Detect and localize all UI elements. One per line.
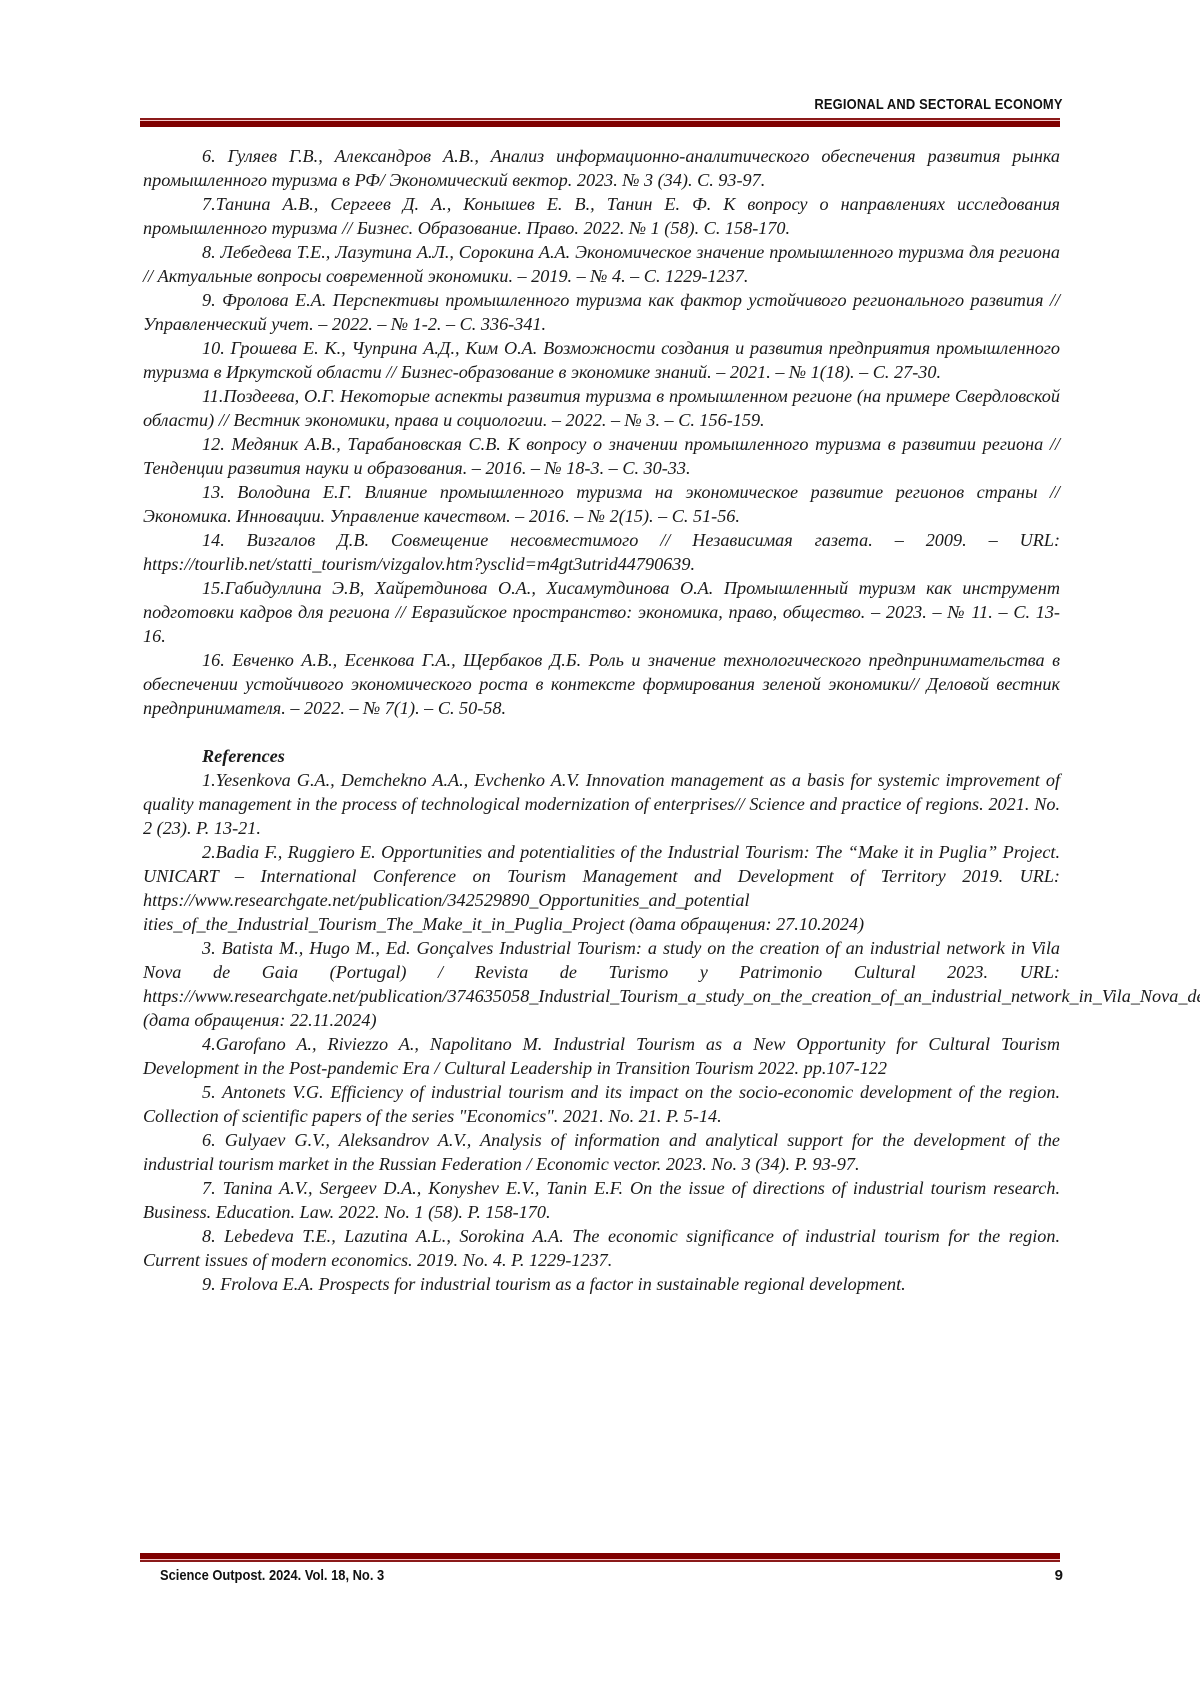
header-rule-thick — [140, 121, 1060, 127]
page-number: 9 — [1055, 1567, 1063, 1584]
header-rule — [140, 118, 1060, 127]
ru-reference-13: 13. Володина Е.Г. Влияние промышленного … — [143, 480, 1060, 528]
ru-reference-6: 6. Гуляев Г.В., Александров А.В., Анализ… — [143, 144, 1060, 192]
en-reference-3: 3. Batista M., Hugo M., Ed. Gonçalves In… — [143, 936, 1060, 1032]
en-reference-6: 6. Gulyaev G.V., Aleksandrov A.V., Analy… — [143, 1128, 1060, 1176]
reference-list: 6. Гуляев Г.В., Александров А.В., Анализ… — [143, 144, 1060, 1296]
references-heading: References — [143, 744, 1060, 768]
en-reference-4: 4.Garofano A., Riviezzo A., Napolitano M… — [143, 1032, 1060, 1080]
ru-reference-11: 11.Поздеева, О.Г. Некоторые аспекты разв… — [143, 384, 1060, 432]
ru-reference-9: 9. Фролова Е.А. Перспективы промышленног… — [143, 288, 1060, 336]
ru-reference-12: 12. Медяник А.В., Тарабановская С.В. К в… — [143, 432, 1060, 480]
footer-rule — [140, 1553, 1060, 1562]
en-reference-9: 9. Frolova E.A. Prospects for industrial… — [143, 1272, 1060, 1296]
ru-reference-7: 7.Танина А.В., Сергеев Д. А., Конышев Е.… — [143, 192, 1060, 240]
en-reference-2: 2.Badia F., Ruggiero E. Opportunities an… — [143, 840, 1060, 936]
ru-reference-8: 8. Лебедева Т.Е., Лазутина А.Л., Сорокин… — [143, 240, 1060, 288]
journal-citation: Science Outpost. 2024. Vol. 18, No. 3 — [160, 1567, 384, 1584]
ru-reference-10: 10. Грошева Е. К., Чуприна А.Д., Ким О.А… — [143, 336, 1060, 384]
running-header: REGIONAL AND SECTORAL ECONOMY — [815, 96, 1063, 113]
ru-reference-16: 16. Евченко А.В., Есенкова Г.А., Щербако… — [143, 648, 1060, 720]
en-reference-5: 5. Antonets V.G. Efficiency of industria… — [143, 1080, 1060, 1128]
en-reference-7: 7. Tanina A.V., Sergeev D.A., Konyshev E… — [143, 1176, 1060, 1224]
footer-rule-thin — [140, 1560, 1060, 1562]
en-reference-1: 1.Yesenkova G.A., Demchekno A.A., Evchen… — [143, 768, 1060, 840]
en-reference-8: 8. Lebedeva T.E., Lazutina A.L., Sorokin… — [143, 1224, 1060, 1272]
ru-reference-15: 15.Габидуллина Э.В, Хайретдинова О.А., Х… — [143, 576, 1060, 648]
ru-reference-14: 14. Визгалов Д.В. Совмещение несовместим… — [143, 528, 1060, 576]
